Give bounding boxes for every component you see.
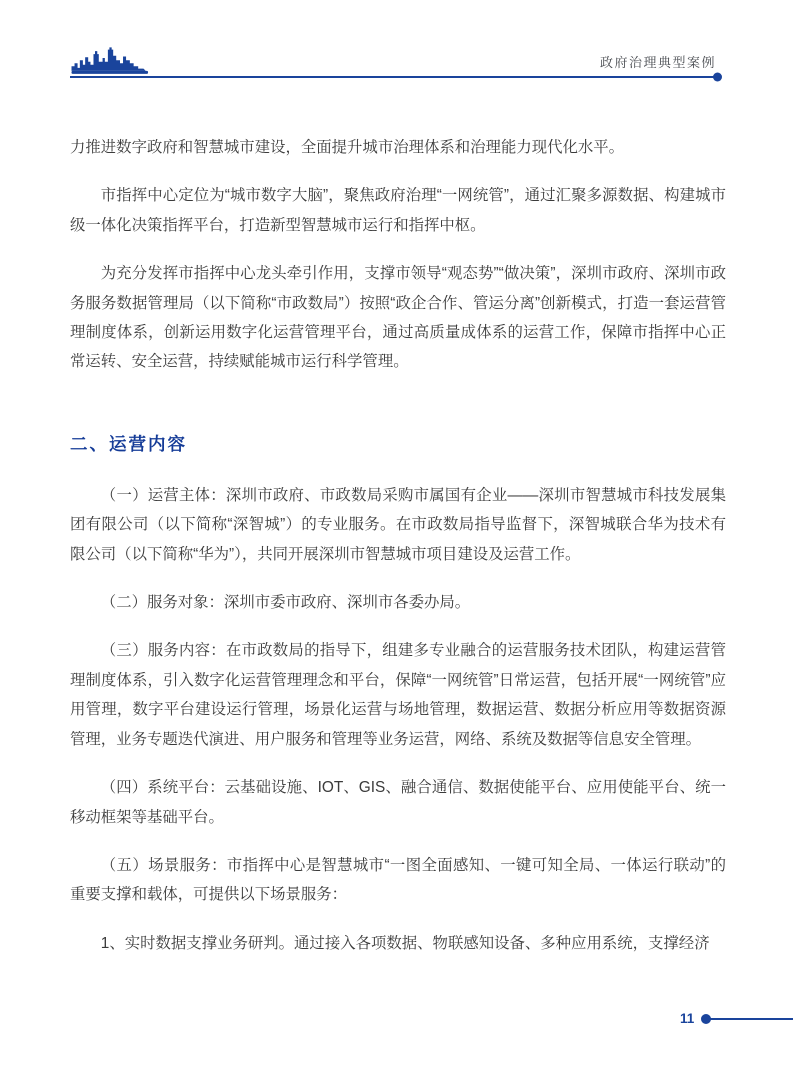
header-rule <box>70 76 718 78</box>
section-heading: 二、运营内容 <box>70 429 726 459</box>
page-footer: 11 <box>0 1008 793 1032</box>
paragraph-intro-3: 为充分发挥市指挥中心龙头牵引作用，支撑市领导“观态势”“做决策”，深圳市政府、深… <box>70 259 726 377</box>
paragraph-item-5: （五）场景服务：市指挥中心是智慧城市“一图全面感知、一键可知全局、一体运行联动”… <box>70 851 726 910</box>
document-page: 政府治理典型案例 力推进数字政府和智慧城市建设，全面提升城市治理体系和治理能力现… <box>0 0 793 1077</box>
paragraph-subitem-1: 1、实时数据支撑业务研判。通过接入各项数据、物联感知设备、多种应用系统，支撑经济 <box>70 929 726 958</box>
paragraph-intro-2: 市指挥中心定位为“城市数字大脑”，聚焦政府治理“一网统管”，通过汇聚多源数据、构… <box>70 181 726 240</box>
city-skyline-logo-icon <box>70 45 170 77</box>
paragraph-item-1: （一）运营主体：深圳市政府、市政数局采购市属国有企业——深圳市智慧城市科技发展集… <box>70 481 726 569</box>
footer-rule <box>707 1018 793 1020</box>
page-number: 11 <box>680 1011 694 1026</box>
paragraph-item-3: （三）服务内容：在市政数局的指导下，组建多专业融合的运营服务技术团队，构建运营管… <box>70 636 726 754</box>
paragraph-intro-1: 力推进数字政府和智慧城市建设，全面提升城市治理体系和治理能力现代化水平。 <box>70 133 726 162</box>
header-rule-dot <box>713 73 722 82</box>
page-header: 政府治理典型案例 <box>70 44 718 78</box>
document-body: 力推进数字政府和智慧城市建设，全面提升城市治理体系和治理能力现代化水平。 市指挥… <box>70 133 726 977</box>
header-running-title: 政府治理典型案例 <box>600 52 716 71</box>
paragraph-item-4: （四）系统平台：云基础设施、IOT、GIS、融合通信、数据使能平台、应用使能平台… <box>70 773 726 832</box>
paragraph-item-2: （二）服务对象：深圳市委市政府、深圳市各委办局。 <box>70 588 726 617</box>
